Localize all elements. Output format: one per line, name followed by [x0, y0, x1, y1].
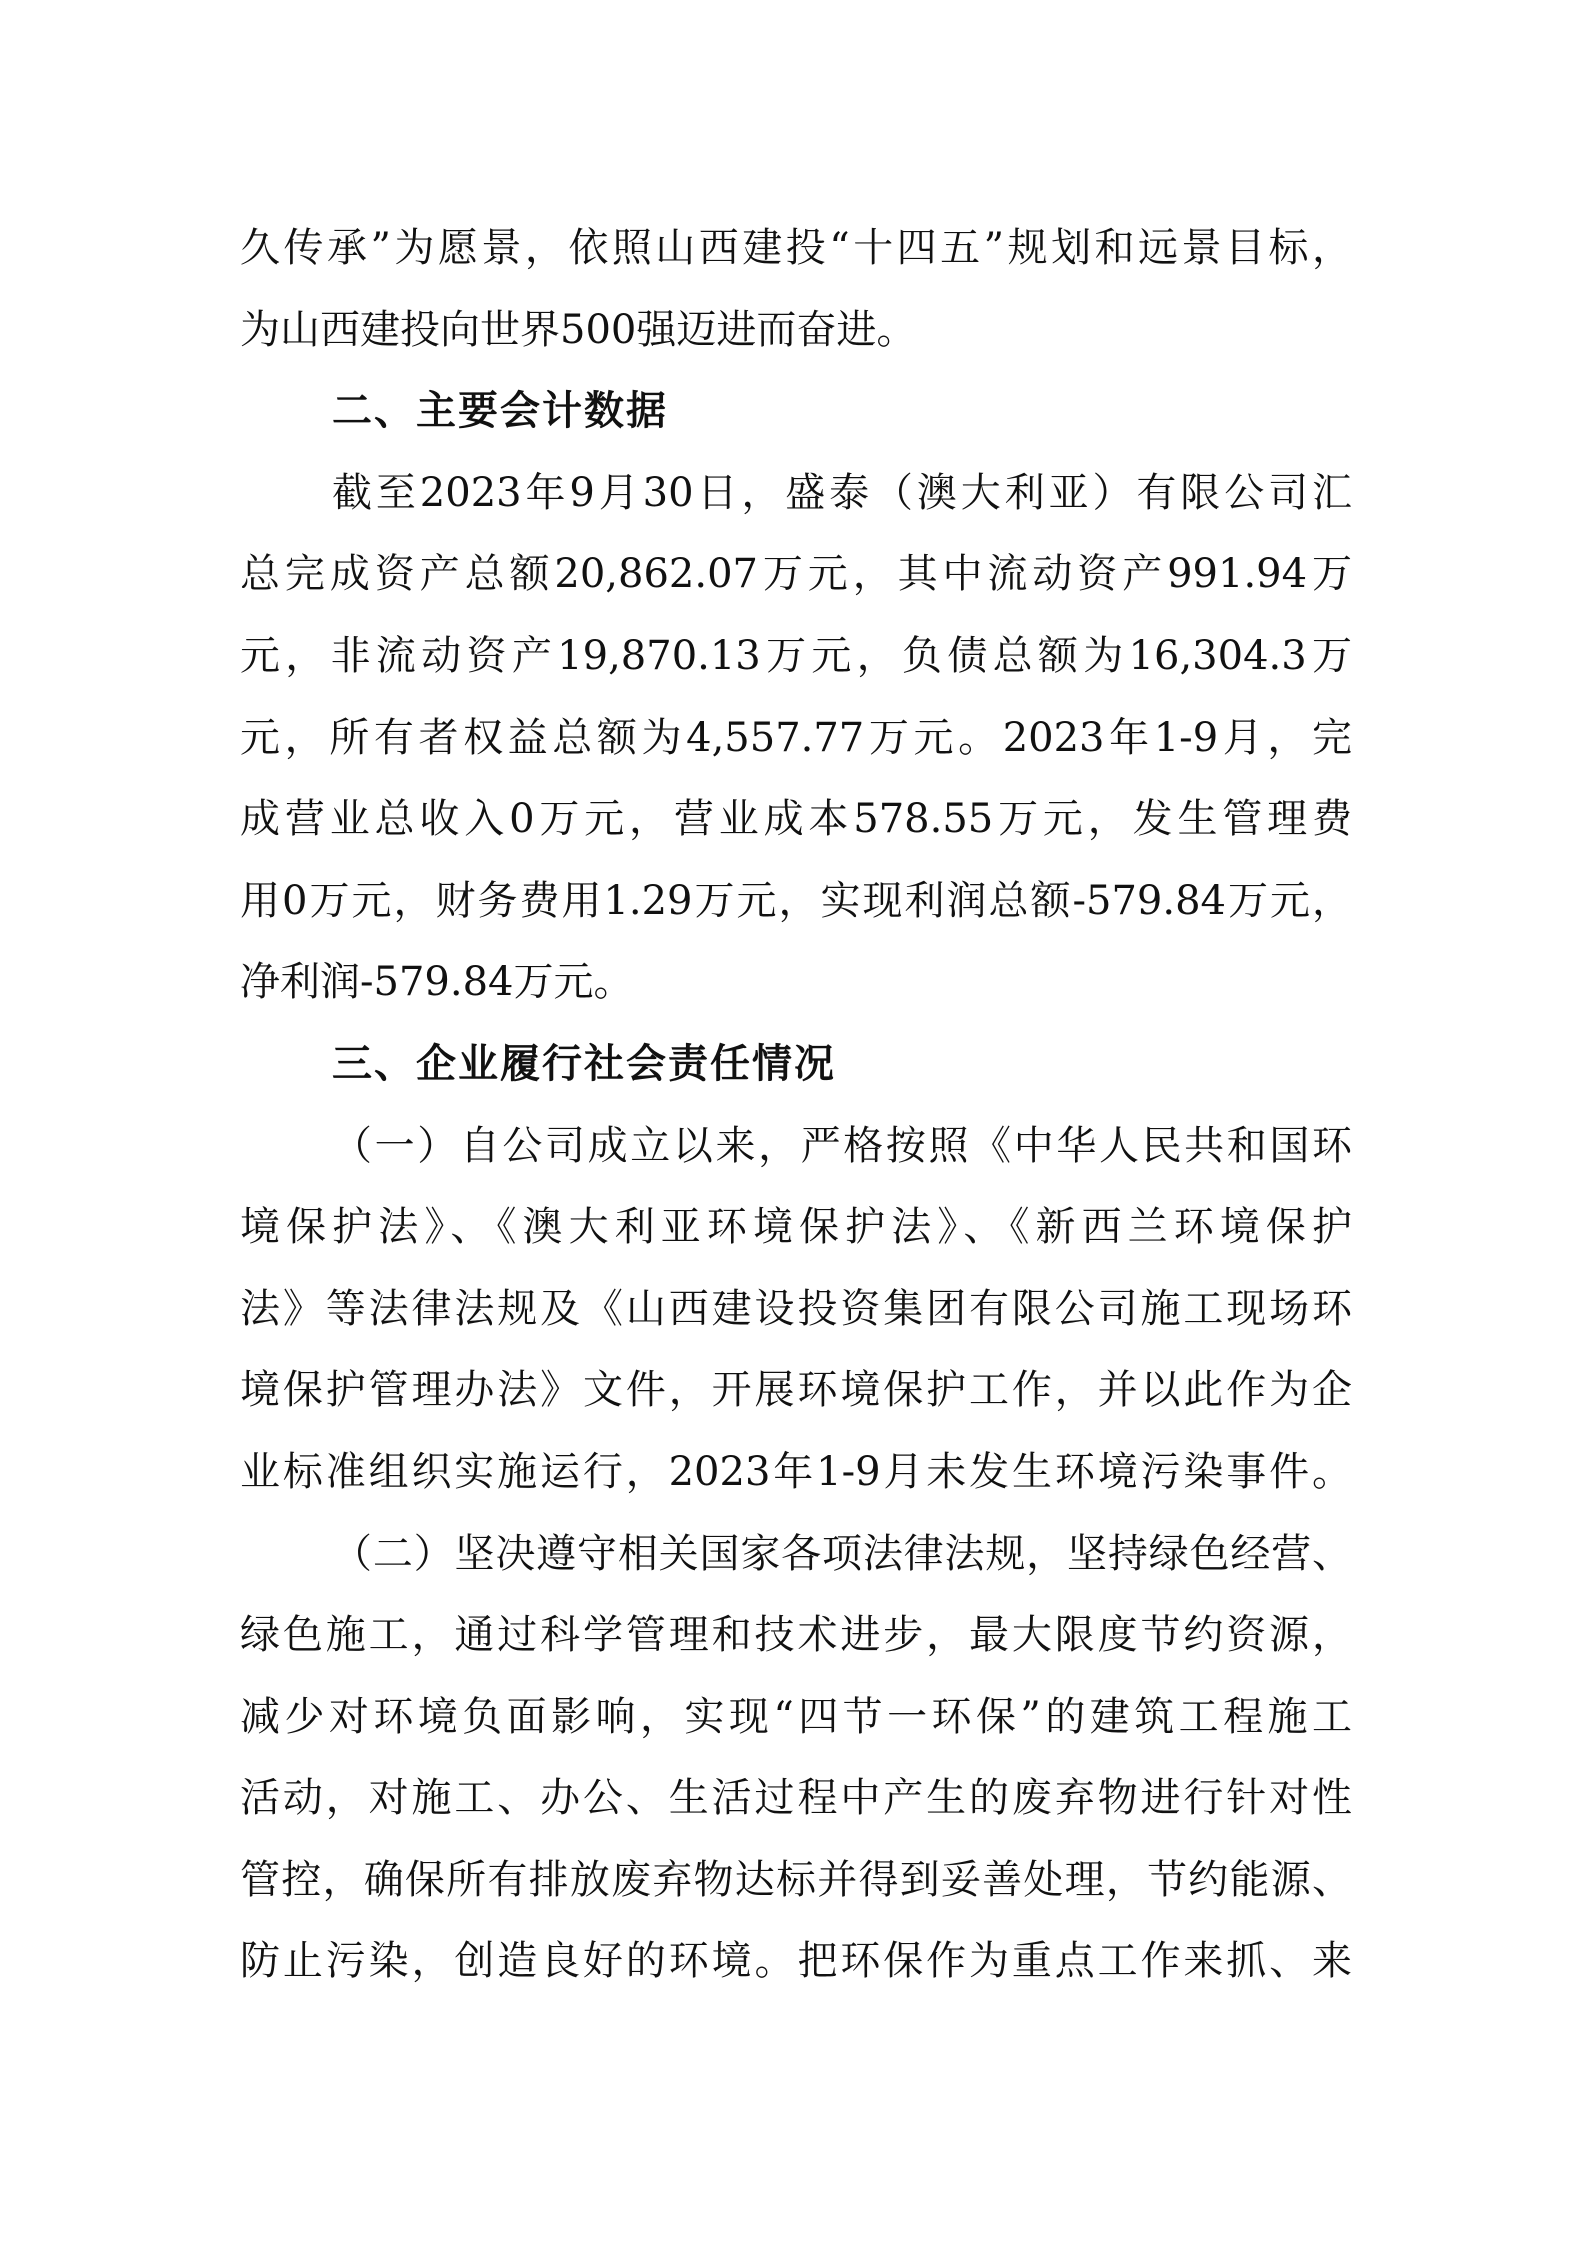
paragraph-line: （一）自公司成立以来，严格按照《中华人民共和国环 — [240, 1106, 1352, 1188]
paragraph-line: 净利润-579.84万元。 — [240, 942, 1352, 1024]
paragraph-line: 用0万元，财务费用1.29万元，实现利润总额-579.84万元， — [240, 861, 1352, 943]
paragraph-line: 境保护法》、《澳大利亚环境保护法》、《新西兰环境保护 — [240, 1187, 1352, 1269]
paragraph-line: 绿色施工，通过科学管理和技术进步，最大限度节约资源， — [240, 1595, 1352, 1677]
paragraph-line: 截至2023年9月30日，盛泰（澳大利亚）有限公司汇 — [240, 453, 1352, 535]
document-page: 久传承”为愿景，依照山西建投“十四五”规划和远景目标， 为山西建投向世界500强… — [240, 208, 1352, 2003]
paragraph-line: 减少对环境负面影响，实现“四节一环保”的建筑工程施工 — [240, 1677, 1352, 1759]
paragraph-line: 元，所有者权益总额为4,557.77万元。2023年1-9月，完 — [240, 698, 1352, 780]
paragraph-line: 总完成资产总额20,862.07万元，其中流动资产991.94万 — [240, 534, 1352, 616]
section-heading-social-responsibility: 三、企业履行社会责任情况 — [240, 1024, 1352, 1106]
paragraph-line: 为山西建投向世界500强迈进而奋进。 — [240, 290, 1352, 372]
section-heading-accounting-data: 二、主要会计数据 — [240, 371, 1352, 453]
paragraph-line: 活动，对施工、办公、生活过程中产生的废弃物进行针对性 — [240, 1758, 1352, 1840]
paragraph-line: 久传承”为愿景，依照山西建投“十四五”规划和远景目标， — [240, 208, 1352, 290]
paragraph-line: 成营业总收入0万元，营业成本578.55万元，发生管理费 — [240, 779, 1352, 861]
paragraph-line: 元，非流动资产19,870.13万元，负债总额为16,304.3万 — [240, 616, 1352, 698]
paragraph-line: 法》等法律法规及《山西建设投资集团有限公司施工现场环 — [240, 1269, 1352, 1351]
paragraph-line: （二）坚决遵守相关国家各项法律法规，坚持绿色经营、 — [240, 1514, 1352, 1596]
paragraph-line: 防止污染，创造良好的环境。把环保作为重点工作来抓、来 — [240, 1921, 1352, 2003]
paragraph-line: 业标准组织实施运行，2023年1-9月未发生环境污染事件。 — [240, 1432, 1352, 1514]
paragraph-line: 管控，确保所有排放废弃物达标并得到妥善处理，节约能源、 — [240, 1840, 1352, 1922]
paragraph-line: 境保护管理办法》文件，开展环境保护工作，并以此作为企 — [240, 1350, 1352, 1432]
